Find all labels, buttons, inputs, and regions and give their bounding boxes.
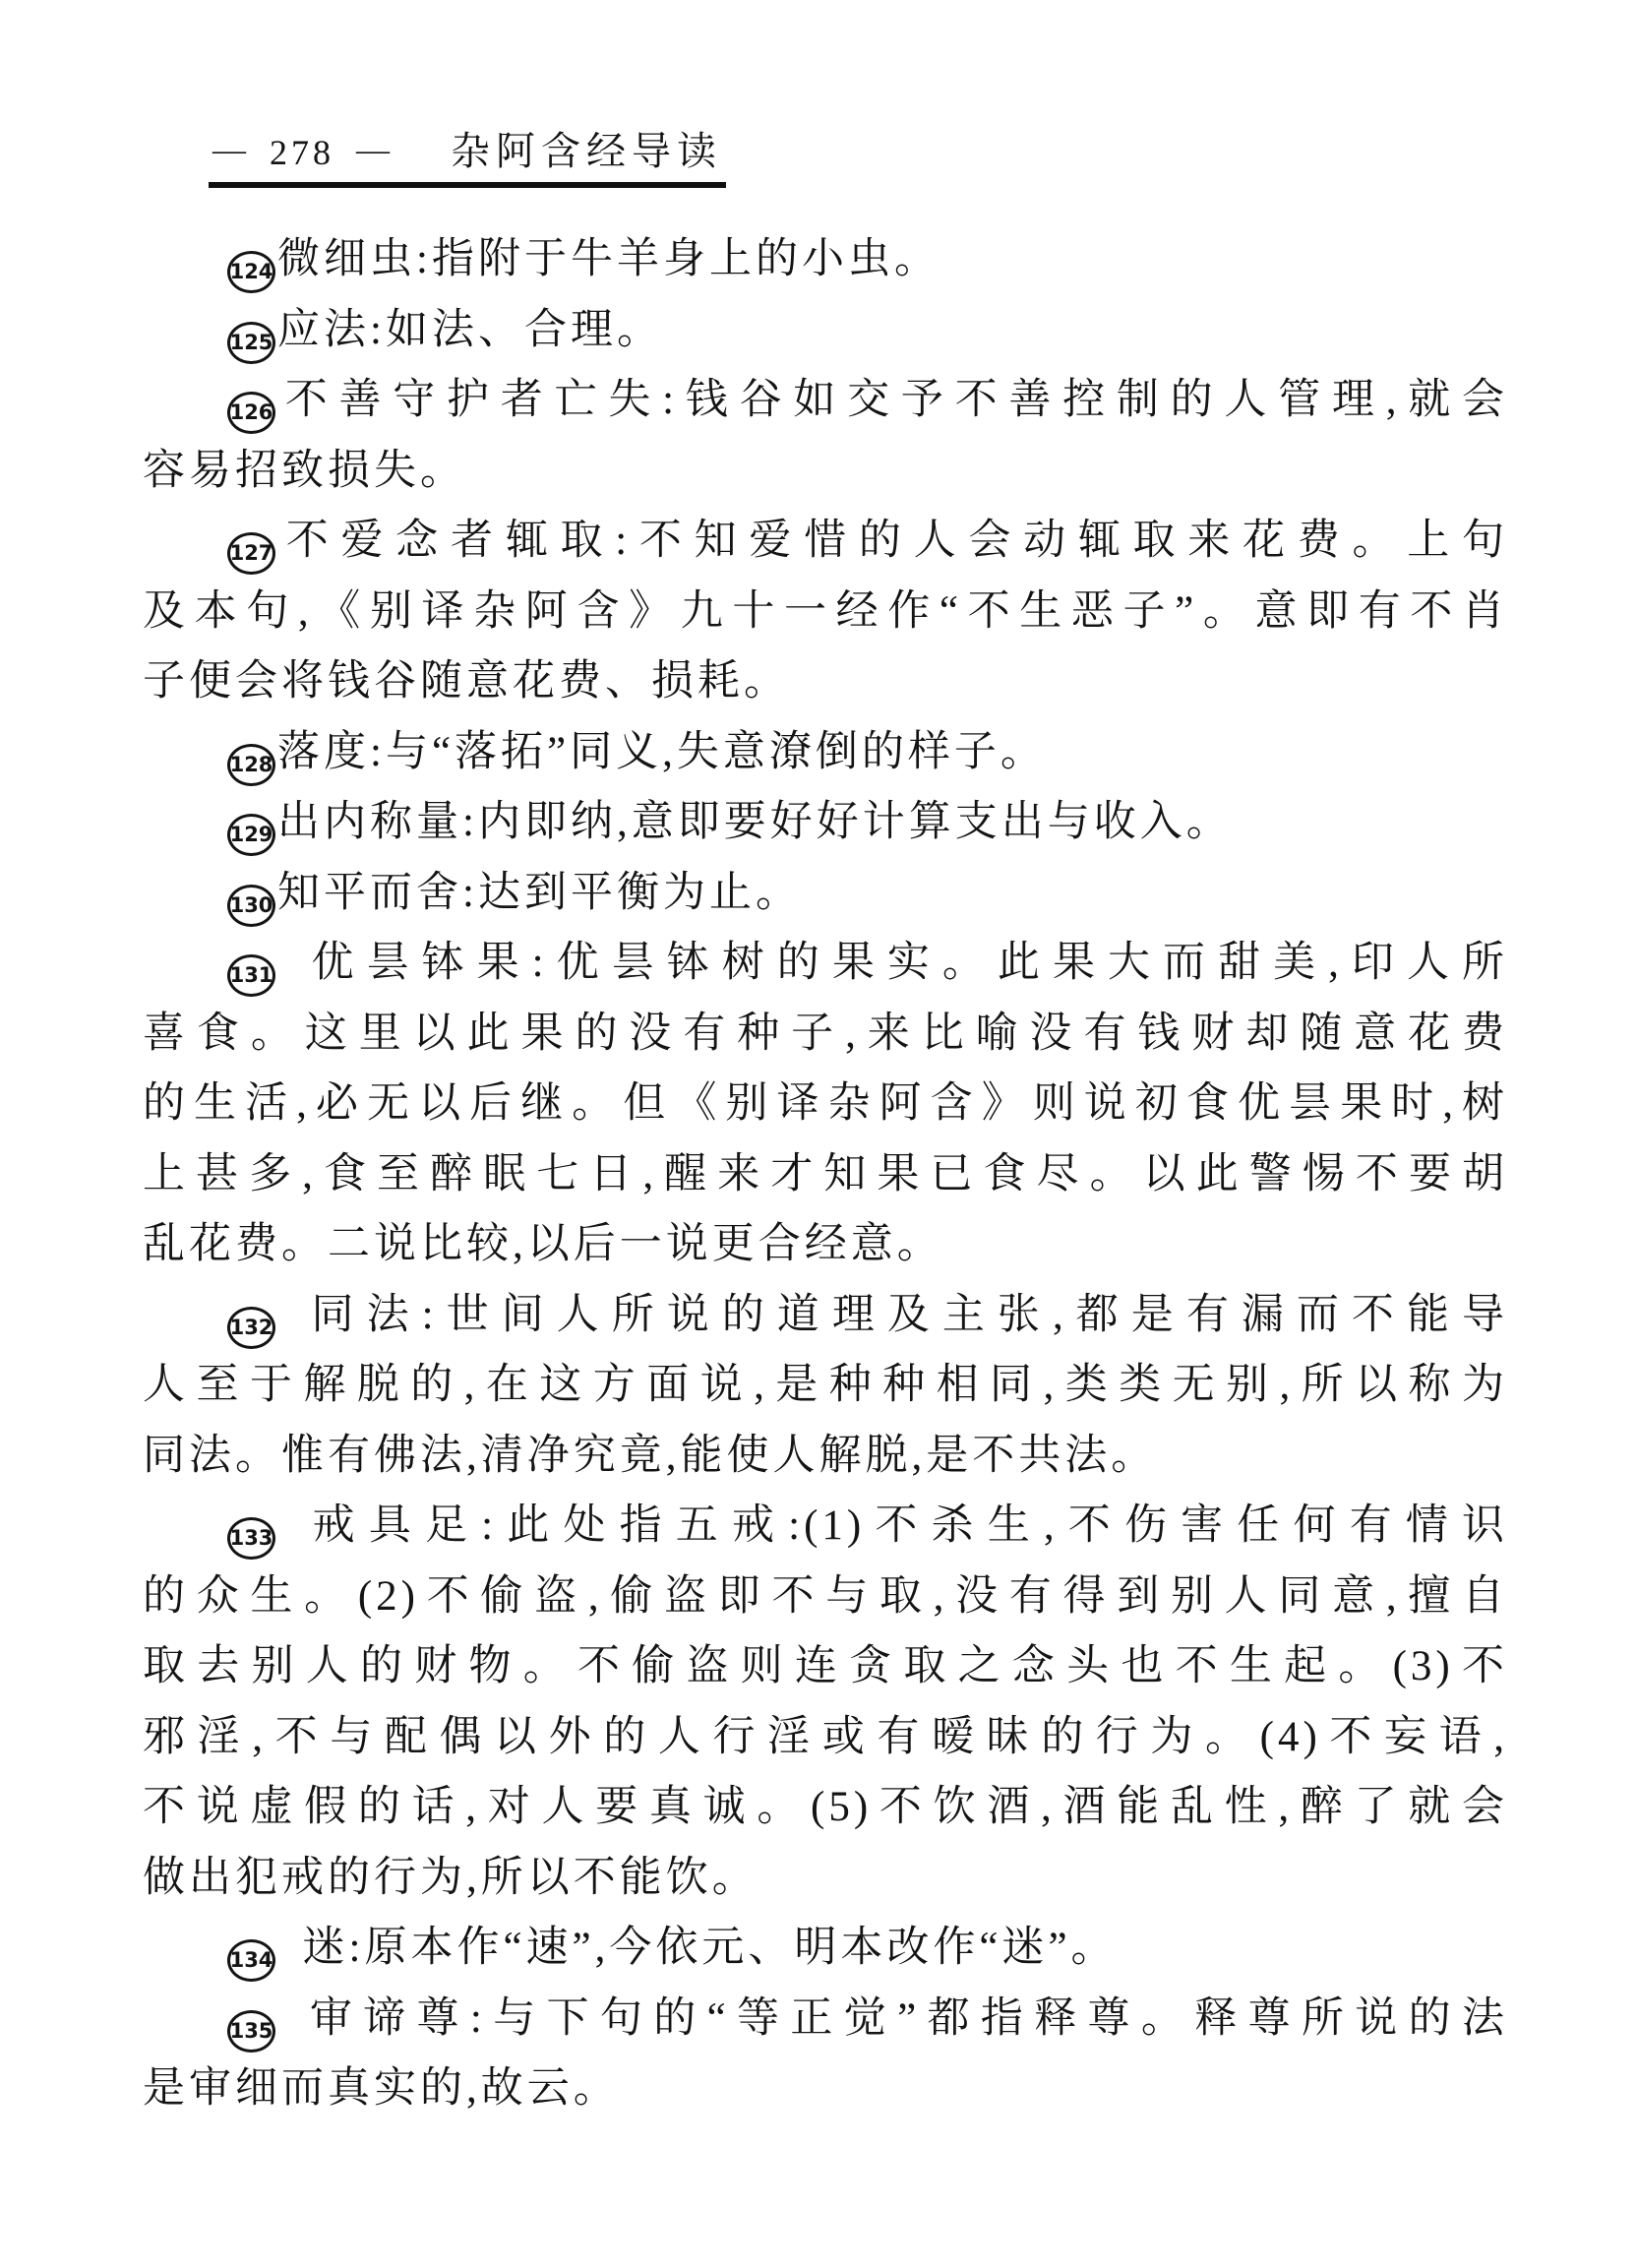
text-line: 容易招致损失。 — [143, 436, 1508, 507]
circled-number: 129 — [227, 814, 275, 856]
text-line: 喜食。这里以此果的没有种子,来比喻没有钱财却随意花费 — [143, 999, 1508, 1070]
text-line: 133 戒具足:此处指五戒:(1)不杀生,不伤害任何有情识 — [143, 1491, 1508, 1562]
text-line: 124微细虫:指附于牛羊身上的小虫。 — [143, 224, 1508, 295]
text-line: 是审细而真实的,故云。 — [143, 2053, 1508, 2124]
circled-number: 126 — [227, 392, 275, 434]
circled-number: 124 — [227, 251, 275, 293]
text-line: 的众生。(2)不偷盗,偷盗即不与取,没有得到别人同意,擅自 — [143, 1562, 1508, 1632]
annotation-paragraph: 127不爱念者辄取:不知爱惜的人会动辄取来花费。上句及本句,《别译杂阿含》九十一… — [143, 506, 1508, 717]
text-line: 做出犯戒的行为,所以不能饮。 — [143, 1843, 1508, 1914]
text-line: 子便会将钱谷随意花费、损耗。 — [143, 646, 1508, 717]
text-line: 126不善守护者亡失:钱谷如交予不善控制的人管理,就会 — [143, 365, 1508, 436]
circled-number: 133 — [227, 1517, 275, 1560]
annotation-paragraph: 132 同法:世间人所说的道理及主张,都是有漏而不能导人至于解脱的,在这方面说,… — [143, 1280, 1508, 1492]
text-line: 125应法:如法、合理。 — [143, 295, 1508, 366]
text-line: 同法。惟有佛法,清净究竟,能使人解脱,是不共法。 — [143, 1421, 1508, 1492]
annotation-paragraph: 129出内称量:内即纳,意即要好好计算支出与收入。 — [143, 787, 1508, 858]
header-left-dash: — — [212, 132, 248, 169]
annotation-paragraph: 125应法:如法、合理。 — [143, 295, 1508, 366]
text-line: 128落度:与“落拓”同义,失意潦倒的样子。 — [143, 717, 1508, 788]
circled-number: 130 — [227, 885, 275, 927]
circled-number: 135 — [227, 2010, 275, 2053]
text-line: 上甚多,食至醉眠七日,醒来才知果已食尽。以此警惕不要胡 — [143, 1139, 1508, 1210]
text-line: 129出内称量:内即纳,意即要好好计算支出与收入。 — [143, 787, 1508, 858]
text-line: 不说虚假的话,对人要真诚。(5)不饮酒,酒能乱性,醉了就会 — [143, 1772, 1508, 1843]
annotation-paragraph: 130知平而舍:达到平衡为止。 — [143, 858, 1508, 929]
text-line: 130知平而舍:达到平衡为止。 — [143, 858, 1508, 929]
circled-number: 132 — [227, 1307, 275, 1349]
annotation-paragraph: 131 优昙钵果:优昙钵树的果实。此果大而甜美,印人所喜食。这里以此果的没有种子… — [143, 928, 1508, 1280]
text-line: 132 同法:世间人所说的道理及主张,都是有漏而不能导 — [143, 1280, 1508, 1351]
header-rule — [209, 182, 726, 188]
text-line: 人至于解脱的,在这方面说,是种种相同,类类无别,所以称为 — [143, 1350, 1508, 1421]
circled-number: 128 — [227, 744, 275, 786]
text-line: 131 优昙钵果:优昙钵树的果实。此果大而甜美,印人所 — [143, 928, 1508, 999]
text-line: 135 审谛尊:与下句的“等正觉”都指释尊。释尊所说的法 — [143, 1984, 1508, 2054]
text-line: 127不爱念者辄取:不知爱惜的人会动辄取来花费。上句 — [143, 506, 1508, 577]
header-book-title: 杂阿含经导读 — [451, 120, 722, 176]
text-line: 邪淫,不与配偶以外的人行淫或有暧昧的行为。(4)不妄语, — [143, 1702, 1508, 1773]
annotations: 124微细虫:指附于牛羊身上的小虫。 125应法:如法、合理。 126不善守护者… — [143, 224, 1508, 2124]
annotation-paragraph: 124微细虫:指附于牛羊身上的小虫。 — [143, 224, 1508, 295]
page-header: — 278 — 杂阿含经导读 — [209, 120, 726, 188]
annotation-paragraph: 126不善守护者亡失:钱谷如交予不善控制的人管理,就会容易招致损失。 — [143, 365, 1508, 506]
header-right-dash: — — [356, 132, 392, 169]
annotation-paragraph: 135 审谛尊:与下句的“等正觉”都指释尊。释尊所说的法是审细而真实的,故云。 — [143, 1984, 1508, 2124]
circled-number: 134 — [227, 1939, 275, 1982]
annotation-paragraph: 133 戒具足:此处指五戒:(1)不杀生,不伤害任何有情识的众生。(2)不偷盗,… — [143, 1491, 1508, 1913]
circled-number: 131 — [227, 954, 275, 997]
text-line: 乱花费。二说比较,以后一说更合经意。 — [143, 1209, 1508, 1280]
header-page-number: 278 — [262, 132, 342, 173]
text-line: 的生活,必无以后继。但《别译杂阿含》则说初食优昙果时,树 — [143, 1069, 1508, 1139]
text-line: 及本句,《别译杂阿含》九十一经作“不生恶子”。意即有不肖 — [143, 577, 1508, 647]
circled-number: 125 — [227, 322, 275, 364]
annotation-paragraph: 134 迷:原本作“速”,今依元、明本改作“迷”。 — [143, 1913, 1508, 1984]
text-line: 134 迷:原本作“速”,今依元、明本改作“迷”。 — [143, 1913, 1508, 1984]
annotation-paragraph: 128落度:与“落拓”同义,失意潦倒的样子。 — [143, 717, 1508, 788]
circled-number: 127 — [227, 532, 275, 575]
text-line: 取去别人的财物。不偷盗则连贪取之念头也不生起。(3)不 — [143, 1631, 1508, 1702]
